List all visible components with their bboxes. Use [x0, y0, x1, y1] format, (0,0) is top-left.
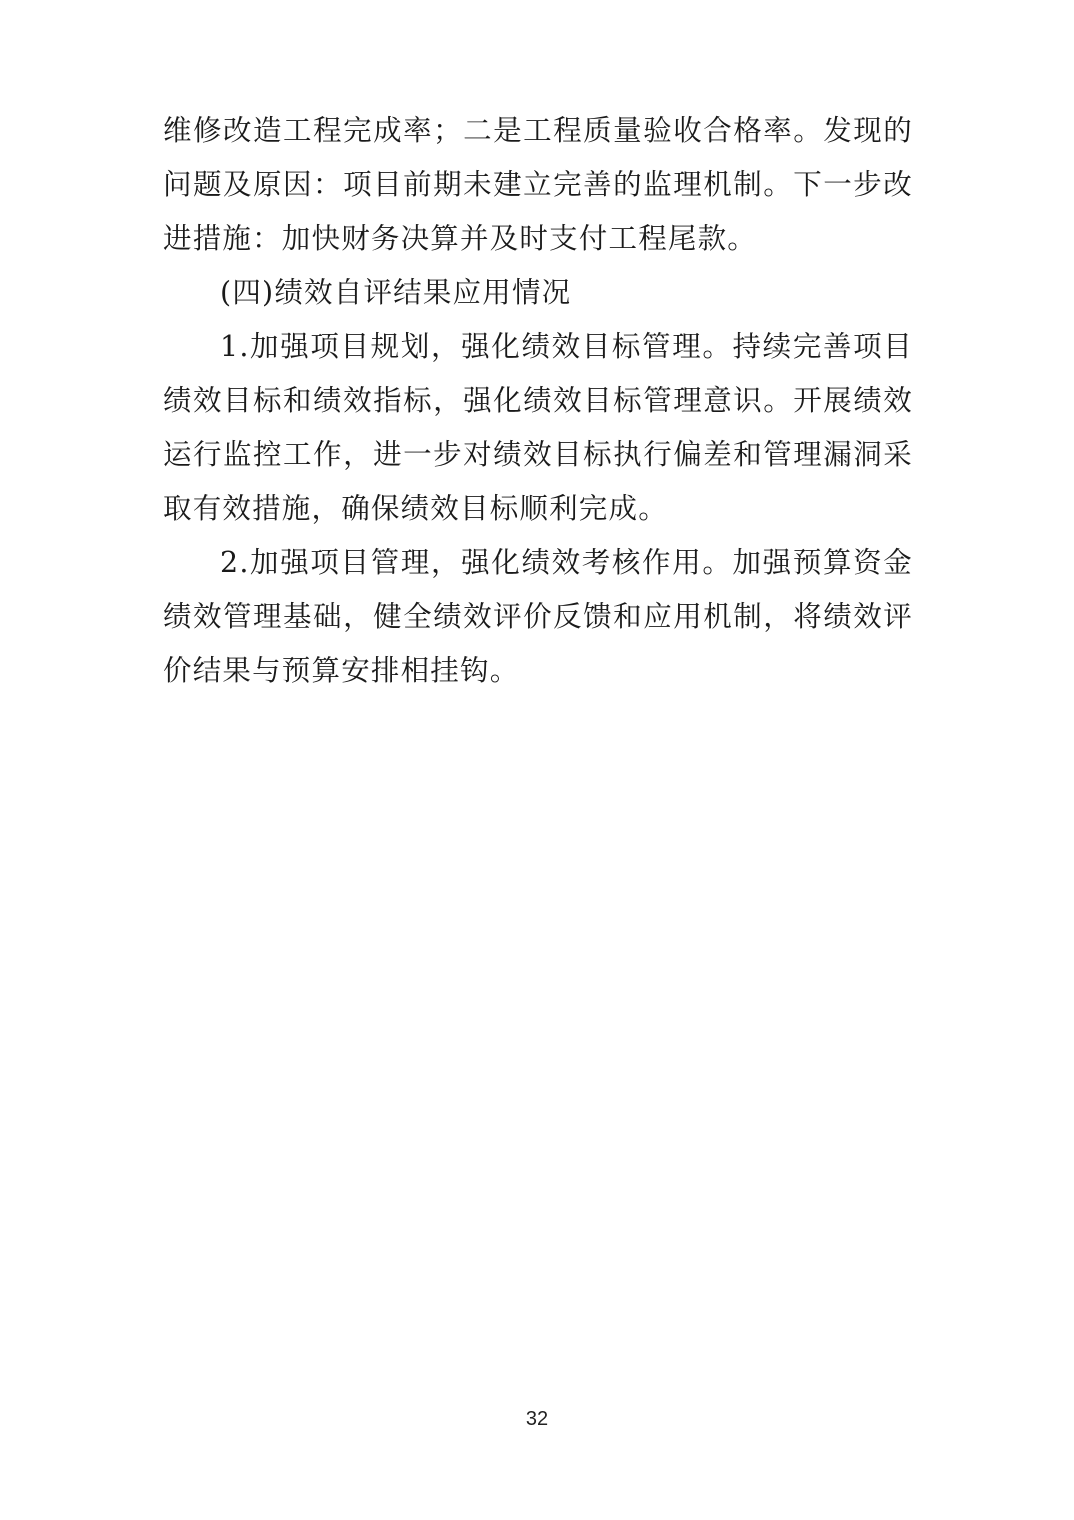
section-heading: (四)绩效自评结果应用情况 — [163, 266, 913, 320]
paragraph-item-1: 1.加强项目规划，强化绩效目标管理。持续完善项目绩效目标和绩效指标，强化绩效目标… — [163, 320, 913, 536]
paragraph-item-2: 2.加强项目管理，强化绩效考核作用。加强预算资金绩效管理基础，健全绩效评价反馈和… — [163, 536, 913, 698]
page-number: 32 — [0, 1408, 1074, 1431]
paragraph-continuation: 维修改造工程完成率；二是工程质量验收合格率。发现的问题及原因：项目前期未建立完善… — [163, 104, 913, 266]
page-body: 维修改造工程完成率；二是工程质量验收合格率。发现的问题及原因：项目前期未建立完善… — [163, 104, 913, 698]
